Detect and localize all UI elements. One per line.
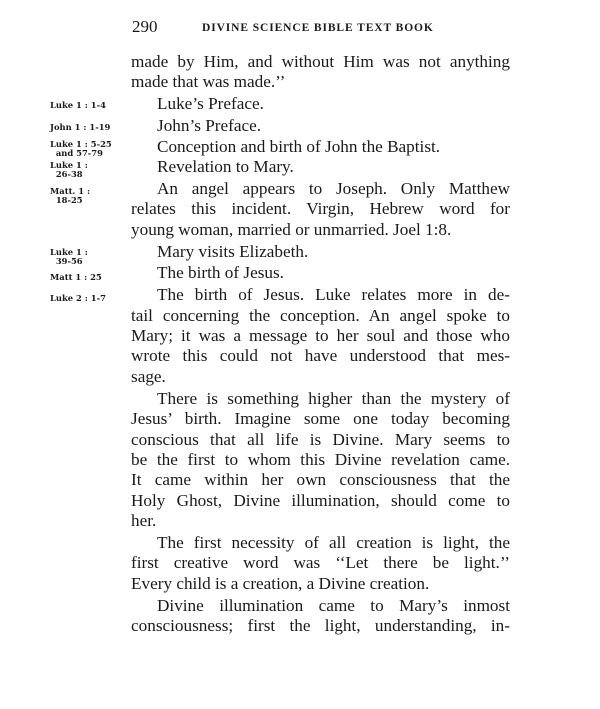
- side-note-line: John 1 : 1-19: [50, 122, 110, 132]
- side-note-luke-1-26-38: Luke 1 : 26-38: [50, 161, 88, 179]
- text-line: An angel appears to Joseph. Only Matthew: [131, 179, 510, 199]
- paragraph-john-preface: John’s Preface.: [131, 116, 510, 136]
- text-line: John’s Preface.: [131, 116, 510, 136]
- text-line: Jesus’ birth. Imagine some one today bec…: [131, 409, 510, 429]
- text-line: consciousness; first the light, understa…: [131, 616, 510, 636]
- paragraph-mary-visits-elizabeth: Mary visits Elizabeth.: [131, 242, 510, 262]
- text-line: Mary; it was a message to her soul and t…: [131, 326, 510, 346]
- text-line: Holy Ghost, Divine illumination, should …: [131, 491, 510, 511]
- paragraph-luke-preface: Luke’s Preface.: [131, 94, 510, 114]
- side-note-luke-1-5-25: Luke 1 : 5-25 and 57-79: [50, 140, 112, 158]
- text-line: relates this incident. Virgin, Hebrew wo…: [131, 199, 510, 219]
- text-line: Conception and birth of John the Baptist…: [131, 137, 510, 157]
- paragraph-revelation-to-mary: Revelation to Mary.: [131, 157, 510, 177]
- text-line: The birth of Jesus.: [131, 263, 510, 283]
- paragraph-conception-john-baptist: Conception and birth of John the Baptist…: [131, 137, 510, 157]
- page-header: 290 DIVINE SCIENCE BIBLE TEXT BOOK: [132, 17, 512, 37]
- paragraph-birth-of-jesus-luke: The birth of Jesus. Luke relates more in…: [131, 285, 510, 387]
- text-line: sage.: [131, 367, 510, 387]
- side-note-line: 39-56: [50, 257, 88, 266]
- side-note-matt-1-25: Matt 1 : 25: [50, 273, 102, 282]
- text-line: It came within her own consciousness tha…: [131, 470, 510, 490]
- text-line: The birth of Jesus. Luke relates more in…: [131, 285, 510, 305]
- text-line: Every child is a creation, a Divine crea…: [131, 574, 510, 594]
- paragraph-divine-illumination: Divine illumination came to Mary’s inmos…: [131, 596, 510, 637]
- text-line: conscious that all life is Divine. Mary …: [131, 430, 510, 450]
- page-number: 290: [132, 17, 158, 37]
- text-line: Mary visits Elizabeth.: [131, 242, 510, 262]
- text-line: The first necessity of all creation is l…: [131, 533, 510, 553]
- book-page: 290 DIVINE SCIENCE BIBLE TEXT BOOK Luke …: [0, 0, 600, 709]
- text-line: Revelation to Mary.: [131, 157, 510, 177]
- text-line: made by Him, and without Him was not any…: [131, 52, 510, 72]
- text-line: first creative word was ‘‘Let there be l…: [131, 553, 510, 573]
- side-note-luke-1-1-4: Luke 1 : 1-4: [50, 101, 106, 110]
- paragraph-birth-of-jesus-short: The birth of Jesus.: [131, 263, 510, 283]
- body-text: made by Him, and without Him was not any…: [131, 52, 510, 636]
- paragraph-continuation: made by Him, and without Him was not any…: [131, 52, 510, 93]
- side-note-line: Luke 2 : 1-7: [50, 293, 106, 303]
- side-note-line: Luke 1 : 1-4: [50, 100, 106, 110]
- paragraph-something-higher: There is something higher than the myste…: [131, 389, 510, 532]
- text-line: Luke’s Preface.: [131, 94, 510, 114]
- text-line: Divine illumination came to Mary’s inmos…: [131, 596, 510, 616]
- text-line: tail concerning the conception. An angel…: [131, 306, 510, 326]
- side-note-line: 26-38: [50, 170, 88, 179]
- text-line: young woman, married or unmarried. Joel …: [131, 220, 510, 240]
- side-note-line: and 57-79: [50, 149, 112, 158]
- text-line: made that was made.’’: [131, 72, 510, 92]
- side-note-john-1-1-19: John 1 : 1-19: [50, 123, 110, 132]
- text-line: her.: [131, 511, 510, 531]
- text-line: be the first to whom this Divine revelat…: [131, 450, 510, 470]
- paragraph-angel-joseph: An angel appears to Joseph. Only Matthew…: [131, 179, 510, 240]
- running-title: DIVINE SCIENCE BIBLE TEXT BOOK: [202, 20, 434, 36]
- text-line: wrote this could not have understood tha…: [131, 346, 510, 366]
- side-note-line: 18-25: [50, 196, 90, 205]
- side-note-luke-1-39-56: Luke 1 : 39-56: [50, 248, 88, 266]
- side-note-line: Matt 1 : 25: [50, 272, 102, 282]
- text-line: There is something higher than the myste…: [131, 389, 510, 409]
- side-note-matt-1-18-25: Matt. 1 : 18-25: [50, 187, 90, 205]
- paragraph-first-necessity: The first necessity of all creation is l…: [131, 533, 510, 594]
- side-note-luke-2-1-7: Luke 2 : 1-7: [50, 294, 106, 303]
